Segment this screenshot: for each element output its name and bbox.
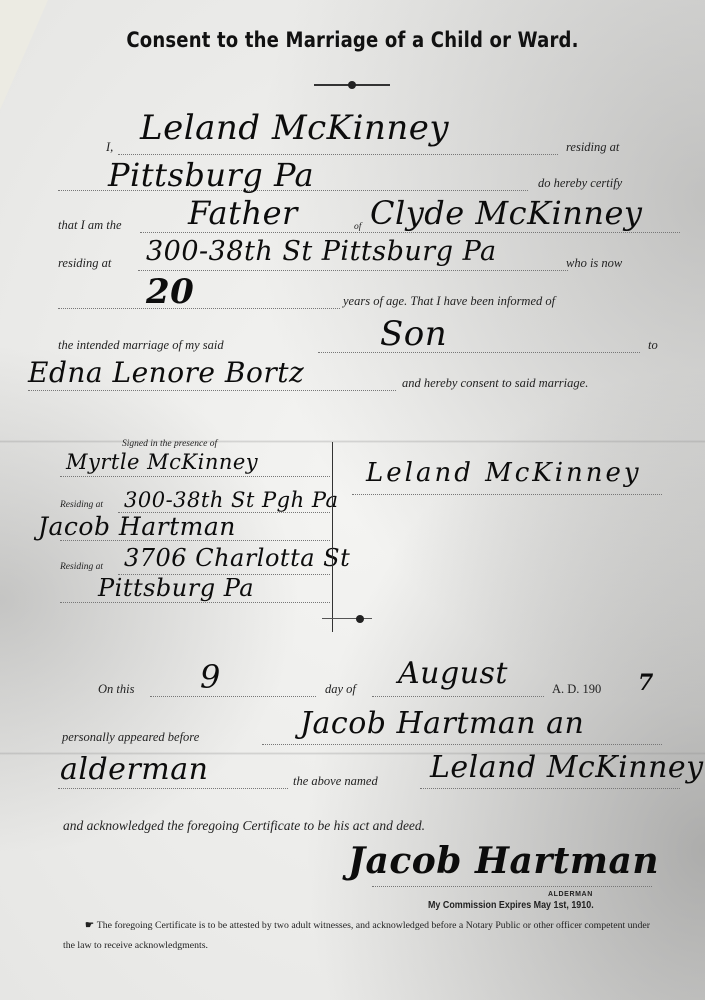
- fill-line: [60, 476, 330, 477]
- handwritten-officer-title: alderman: [60, 752, 208, 787]
- printed-label: personally appeared before: [62, 730, 199, 745]
- witness-2-address-line2: Pittsburg Pa: [98, 574, 254, 602]
- official-signature: Jacob Hartman: [348, 840, 659, 882]
- fill-line: [58, 788, 288, 789]
- footnote-text: The foregoing Certificate is to be attes…: [63, 920, 650, 951]
- printed-label: day of: [325, 682, 356, 697]
- printed-label: years of age. That I have been informed …: [343, 294, 555, 309]
- signature-line: [352, 494, 662, 495]
- fill-line: [150, 696, 316, 697]
- handwritten-child-address: 300-38th St Pittsburg Pa: [146, 236, 497, 267]
- fill-line: [318, 352, 640, 353]
- witness-1-name: Myrtle McKinney: [66, 450, 258, 474]
- fill-line: [262, 744, 662, 745]
- witnesses-heading: Signed in the presence of: [122, 439, 217, 449]
- printed-label: who is now: [566, 256, 622, 271]
- printed-label: and hereby consent to said marriage.: [402, 376, 588, 391]
- decorative-divider-icon: [322, 618, 372, 619]
- handwritten-child-name: Clyde McKinney: [370, 194, 642, 232]
- printed-label: of: [354, 222, 361, 232]
- handwritten-parent-residence: Pittsburg Pa: [108, 156, 314, 194]
- fill-line: [138, 270, 568, 271]
- printed-label: that I am the: [58, 218, 122, 233]
- pointing-hand-icon: ☛: [85, 920, 94, 931]
- printed-label: the above named: [293, 774, 378, 789]
- printed-label: A. D. 190: [552, 682, 601, 697]
- handwritten-appearing-name: Leland McKinney: [430, 750, 704, 785]
- signature-line: [372, 886, 652, 887]
- commission-expiry: My Commission Expires May 1st, 1910.: [428, 899, 594, 911]
- residing-label: Residing at: [60, 500, 103, 510]
- witness-2-name: Jacob Hartman: [38, 512, 236, 541]
- witness-2-address-line1: 3706 Charlotta St: [124, 544, 350, 572]
- residing-label: Residing at: [60, 562, 103, 572]
- handwritten-relation: Father: [188, 194, 298, 232]
- printed-label: On this: [98, 682, 134, 697]
- printed-label: to: [648, 338, 658, 353]
- fill-line: [118, 154, 558, 155]
- footnote: ☛The foregoing Certificate is to be atte…: [63, 916, 663, 956]
- handwritten-year-digit: 7: [638, 670, 654, 696]
- handwritten-day: 9: [200, 658, 221, 696]
- printed-label: I,: [106, 140, 113, 155]
- page-corner-fold: [0, 0, 48, 110]
- witness-bracket: [332, 442, 333, 632]
- handwritten-parent-name: Leland McKinney: [140, 108, 449, 148]
- fill-line: [140, 232, 680, 233]
- printed-label: the intended marriage of my said: [58, 338, 224, 353]
- printed-label: residing at: [58, 256, 111, 271]
- printed-label: residing at: [566, 140, 619, 155]
- paper-crease: [0, 440, 705, 443]
- handwritten-officer-name: Jacob Hartman an: [300, 706, 584, 741]
- parent-signature: Leland McKinney: [366, 458, 642, 488]
- closing-statement: and acknowledged the foregoing Certifica…: [63, 818, 425, 834]
- fill-line: [28, 390, 396, 391]
- fill-line: [60, 602, 330, 603]
- decorative-divider-icon: [314, 84, 390, 86]
- handwritten-spouse-name: Edna Lenore Bortz: [28, 356, 304, 389]
- printed-label: do hereby certify: [538, 176, 622, 191]
- document-page: Consent to the Marriage of a Child or Wa…: [0, 0, 705, 1000]
- handwritten-child-relation: Son: [380, 314, 447, 354]
- witness-1-address: 300-38th St Pgh Pa: [124, 488, 339, 512]
- document-title: Consent to the Marriage of a Child or Wa…: [49, 28, 655, 52]
- fill-line: [372, 696, 544, 697]
- handwritten-age: 20: [146, 272, 194, 312]
- official-role: ALDERMAN: [548, 891, 593, 898]
- fill-line: [58, 308, 340, 309]
- fill-line: [420, 788, 680, 789]
- handwritten-month: August: [398, 656, 508, 691]
